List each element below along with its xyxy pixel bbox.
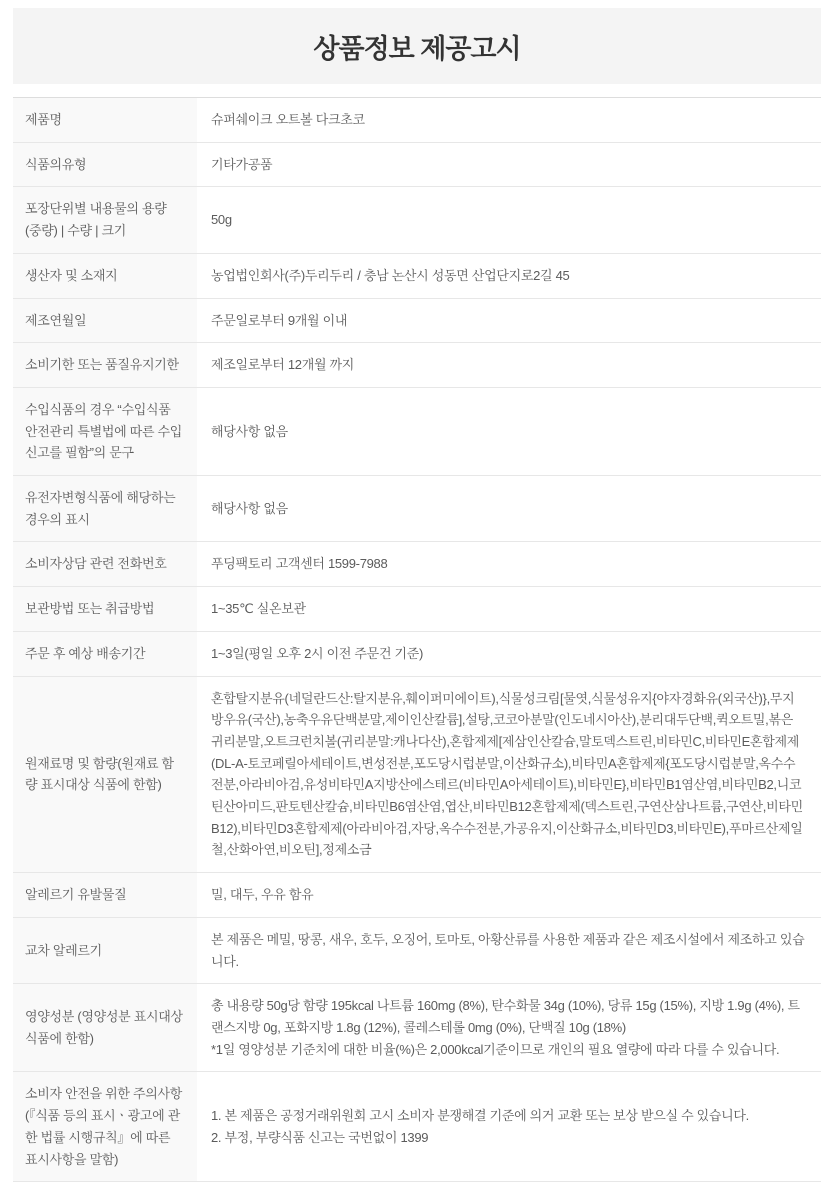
table-row: 영양성분 (영양성분 표시대상 식품에 한함)총 내용량 50g당 함량 195… (13, 984, 821, 1072)
table-row: 제품명슈퍼쉐이크 오트볼 다크초코 (13, 98, 821, 143)
row-value: 농업법인회사(주)두리두리 / 충남 논산시 성동면 산업단지로2길 45 (197, 254, 821, 298)
row-label: 알레르기 유발물질 (13, 873, 197, 917)
row-label-text: 생산자 및 소재지 (25, 265, 117, 287)
row-label-text: 교차 알레르기 (25, 940, 102, 962)
row-label-text: 소비기한 또는 품질유지기한 (25, 354, 179, 376)
row-value-text: 밀, 대두, 우유 함유 (211, 884, 313, 906)
row-value-text: 주문일로부터 9개월 이내 (211, 310, 347, 332)
row-label-text: 제조연월일 (25, 310, 86, 332)
row-label-text: 소비자 안전을 위한 주의사항 (『식품 등의 표시ㆍ광고에 관한 법률 시행규… (25, 1083, 183, 1170)
row-value: 1. 본 제품은 공정거래위원회 고시 소비자 분쟁해결 기준에 의거 교환 또… (197, 1072, 821, 1181)
row-label-text: 영양성분 (영양성분 표시대상 식품에 한함) (25, 1006, 183, 1049)
row-value: 50g (197, 187, 821, 252)
table-row: 제조연월일주문일로부터 9개월 이내 (13, 299, 821, 344)
row-value: 주문일로부터 9개월 이내 (197, 299, 821, 343)
page-title: 상품정보 제공고시 (313, 27, 520, 66)
table-row: 포장단위별 내용물의 용량 (중량) | 수량 | 크기50g (13, 187, 821, 253)
row-label: 주문 후 예상 배송기간 (13, 632, 197, 676)
row-label-text: 포장단위별 내용물의 용량 (중량) | 수량 | 크기 (25, 198, 183, 241)
row-label: 유전자변형식품에 해당하는 경우의 표시 (13, 476, 197, 541)
row-value: 1~35℃ 실온보관 (197, 587, 821, 631)
table-row: 보관방법 또는 취급방법1~35℃ 실온보관 (13, 587, 821, 632)
table-row: 주문 후 예상 배송기간1~3일(평일 오후 2시 이전 주문건 기준) (13, 632, 821, 677)
row-value-text: 1~35℃ 실온보관 (211, 598, 306, 620)
row-label: 제품명 (13, 98, 197, 142)
row-value: 1~3일(평일 오후 2시 이전 주문건 기준) (197, 632, 821, 676)
row-label-text: 제품명 (25, 109, 62, 131)
table-row: 생산자 및 소재지농업법인회사(주)두리두리 / 충남 논산시 성동면 산업단지… (13, 254, 821, 299)
row-label-text: 원재료명 및 함량(원재료 함량 표시대상 식품에 한함) (25, 753, 183, 796)
row-value-text: 50g (211, 209, 232, 231)
row-value-text: 해당사항 없음 (211, 498, 288, 520)
row-value: 총 내용량 50g당 함량 195kcal 나트륨 160mg (8%), 탄수… (197, 984, 821, 1071)
row-value-text: 총 내용량 50g당 함량 195kcal 나트륨 160mg (8%), 탄수… (211, 995, 805, 1060)
table-row: 알레르기 유발물질밀, 대두, 우유 함유 (13, 873, 821, 918)
row-label: 영양성분 (영양성분 표시대상 식품에 한함) (13, 984, 197, 1071)
table-row: 수입식품의 경우 “수입식품 안전관리 특별법에 따른 수입신고를 필함”의 문… (13, 388, 821, 476)
row-label: 보관방법 또는 취급방법 (13, 587, 197, 631)
row-value-text: 기타가공품 (211, 154, 272, 176)
row-label: 원재료명 및 함량(원재료 함량 표시대상 식품에 한함) (13, 677, 197, 873)
product-info-page: 상품정보 제공고시 제품명슈퍼쉐이크 오트볼 다크초코식품의유형기타가공품포장단… (0, 0, 834, 1192)
row-label: 소비기한 또는 품질유지기한 (13, 343, 197, 387)
row-label: 생산자 및 소재지 (13, 254, 197, 298)
row-value: 기타가공품 (197, 143, 821, 187)
row-value-text: 푸딩팩토리 고객센터 1599-7988 (211, 553, 387, 575)
row-value-text: 해당사항 없음 (211, 421, 288, 443)
row-label-text: 수입식품의 경우 “수입식품 안전관리 특별법에 따른 수입신고를 필함”의 문… (25, 399, 183, 464)
row-value: 혼합탈지분유(네덜란드산:탈지분유,훼이퍼미에이트),식물성크림[물엿,식물성유… (197, 677, 821, 873)
row-label: 포장단위별 내용물의 용량 (중량) | 수량 | 크기 (13, 187, 197, 252)
row-value: 슈퍼쉐이크 오트볼 다크초코 (197, 98, 821, 142)
row-label-text: 소비자상담 관련 전화번호 (25, 553, 166, 575)
row-value: 밀, 대두, 우유 함유 (197, 873, 821, 917)
row-label: 소비자상담 관련 전화번호 (13, 542, 197, 586)
row-value-text: 혼합탈지분유(네덜란드산:탈지분유,훼이퍼미에이트),식물성크림[물엿,식물성유… (211, 688, 805, 862)
row-label-text: 보관방법 또는 취급방법 (25, 598, 154, 620)
row-label-text: 알레르기 유발물질 (25, 884, 126, 906)
row-label: 식품의유형 (13, 143, 197, 187)
row-label-text: 주문 후 예상 배송기간 (25, 643, 145, 665)
row-value: 본 제품은 메밀, 땅콩, 새우, 호두, 오징어, 토마토, 아황산류를 사용… (197, 918, 821, 983)
row-label: 교차 알레르기 (13, 918, 197, 983)
row-value-text: 슈퍼쉐이크 오트볼 다크초코 (211, 109, 365, 131)
row-value: 해당사항 없음 (197, 388, 821, 475)
row-label-text: 유전자변형식품에 해당하는 경우의 표시 (25, 487, 183, 530)
row-value-text: 1. 본 제품은 공정거래위원회 고시 소비자 분쟁해결 기준에 의거 교환 또… (211, 1105, 749, 1148)
row-value-text: 본 제품은 메밀, 땅콩, 새우, 호두, 오징어, 토마토, 아황산류를 사용… (211, 929, 805, 972)
row-value-text: 1~3일(평일 오후 2시 이전 주문건 기준) (211, 643, 423, 665)
row-label: 제조연월일 (13, 299, 197, 343)
row-label: 소비자 안전을 위한 주의사항 (『식품 등의 표시ㆍ광고에 관한 법률 시행규… (13, 1072, 197, 1181)
row-label: 수입식품의 경우 “수입식품 안전관리 특별법에 따른 수입신고를 필함”의 문… (13, 388, 197, 475)
table-row: 식품의유형기타가공품 (13, 143, 821, 188)
product-info-table: 제품명슈퍼쉐이크 오트볼 다크초코식품의유형기타가공품포장단위별 내용물의 용량… (13, 97, 821, 1182)
table-row: 소비기한 또는 품질유지기한제조일로부터 12개월 까지 (13, 343, 821, 388)
row-value: 푸딩팩토리 고객센터 1599-7988 (197, 542, 821, 586)
table-row: 유전자변형식품에 해당하는 경우의 표시해당사항 없음 (13, 476, 821, 542)
row-value: 해당사항 없음 (197, 476, 821, 541)
table-row: 교차 알레르기본 제품은 메밀, 땅콩, 새우, 호두, 오징어, 토마토, 아… (13, 918, 821, 984)
row-value-text: 농업법인회사(주)두리두리 / 충남 논산시 성동면 산업단지로2길 45 (211, 265, 569, 287)
page-header: 상품정보 제공고시 (13, 8, 821, 84)
table-row: 원재료명 및 함량(원재료 함량 표시대상 식품에 한함)혼합탈지분유(네덜란드… (13, 677, 821, 874)
row-value-text: 제조일로부터 12개월 까지 (211, 354, 354, 376)
table-row: 소비자상담 관련 전화번호푸딩팩토리 고객센터 1599-7988 (13, 542, 821, 587)
row-value: 제조일로부터 12개월 까지 (197, 343, 821, 387)
table-row: 소비자 안전을 위한 주의사항 (『식품 등의 표시ㆍ광고에 관한 법률 시행규… (13, 1072, 821, 1182)
row-label-text: 식품의유형 (25, 154, 86, 176)
